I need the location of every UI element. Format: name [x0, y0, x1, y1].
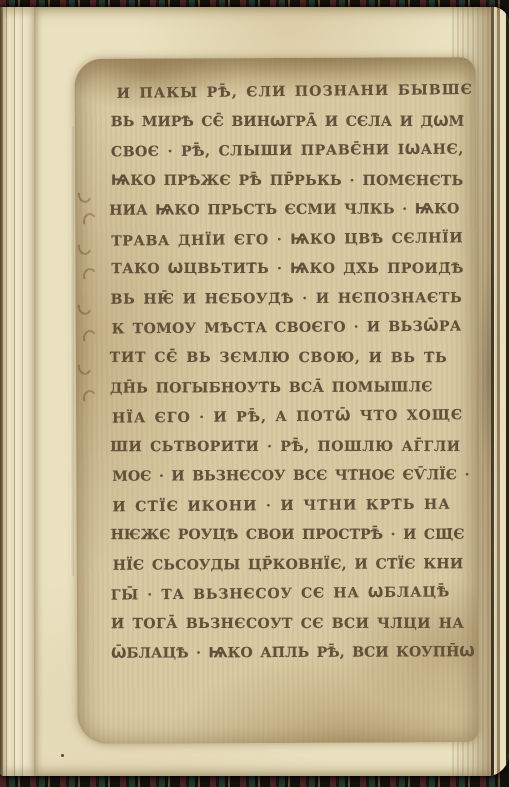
ink-speck: [61, 754, 64, 757]
manuscript-text-line: нїа єго · И рѣ̄, а потѡ̄ что хощє: [112, 407, 463, 426]
manuscript-text-line: ѡ̄блацѣ · ѩко ап̄ль рѣ̄, вси коупн̄ѡ: [111, 645, 475, 663]
manuscript-text-line: тит сє̄ вь зємлю свою, и вь т̄ь: [110, 350, 448, 366]
open-book: и пакы рѣ̄, єли познани бывшєвь мирѣ сє̄…: [0, 7, 509, 776]
manuscript-text-line: гы̄ · та вьзнєсоу сє на ѡблацѣ̄: [111, 585, 450, 604]
manuscript-text-line: моє · и вьзнєсоу всє чт̄ноє єѵ̄лїє ·: [112, 467, 469, 485]
manuscript-text-line: ѩко прѣжє рѣ̄ пр̄рькь · помєнєть: [111, 172, 464, 188]
manuscript-text-line: ши сьтворит̄и · рѣ̄, пошлю аг̄гли: [110, 438, 460, 454]
manuscript-text-line: к томоу мѣста своєго · и вьзѡ̄ра: [112, 319, 462, 338]
manuscript-text-line: нѥжє роуц̄ѣ свои прострѣ̄ · и сщ̄є: [111, 527, 465, 543]
photo-backdrop-carpet: и пакы рѣ̄, єли познани бывшєвь мирѣ сє̄…: [0, 0, 509, 787]
manuscript-text-line: вь нѥ̄ и нєбоуд̄ѣ · и нєпознаєть: [111, 290, 463, 308]
page-stack-fore-edge: [3, 7, 34, 776]
manuscript-text-line: трава днїи єго · ѩко цвѣ сєлнїи: [111, 230, 463, 249]
manuscript-text-line: и ст̄їє икони · и чт̄ни крт̄ь на: [112, 496, 450, 515]
manuscript-text-line: ниа ѩко прьсть єсми чл̄кь · ѩко: [109, 201, 459, 219]
page-fold-crease: [70, 127, 74, 576]
manuscript-text-line: нїє сьсоуды цр̄ковнїє, и ст̄їє кни: [113, 556, 464, 574]
manuscript-text-line: дн̄ь погыбноут̄ь вса̄ помышлє: [110, 379, 433, 396]
manuscript-text-line: и тога̄ вьзнєсоут сє вси чл̄ци на: [111, 616, 464, 632]
manuscript-text-line: тако ѡцвьтит̄ь · ѩко дх̄ь проид̄ѣ: [111, 261, 463, 277]
manuscript-text-line: и пакы рѣ̄, єли познани бывшє: [117, 82, 473, 102]
manuscript-text-line: своє · рѣ̄, слыши правє̄ни іѡанє,: [111, 142, 464, 161]
manuscript-leaf-text-block: и пакы рѣ̄, єли познани бывшєвь мирѣ сє̄…: [75, 57, 479, 744]
manuscript-text: и пакы рѣ̄, єли познани бывшєвь мирѣ сє̄…: [109, 83, 477, 744]
manuscript-text-line: вь мирѣ сє̄ винѡгра̄ и сєла и дѡм̄: [111, 113, 464, 129]
facing-page-sliver: [494, 7, 497, 776]
